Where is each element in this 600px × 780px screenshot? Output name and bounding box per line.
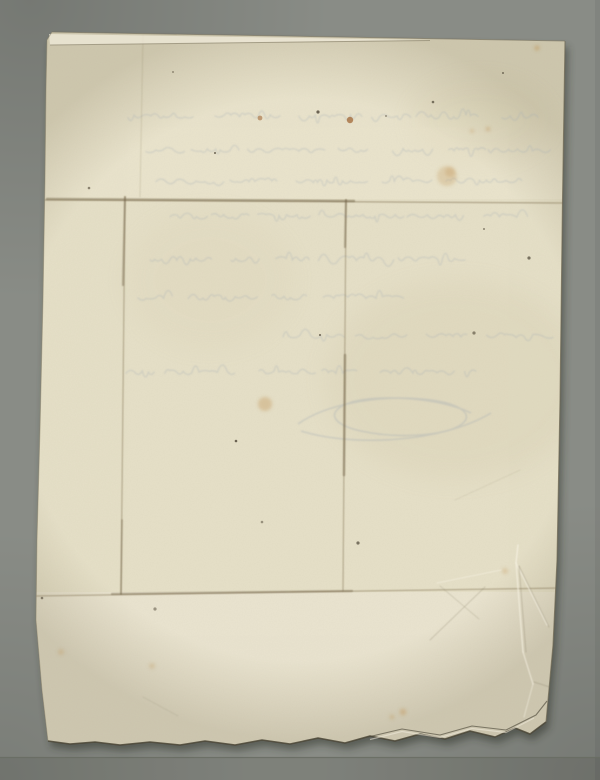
mat-right-strip — [595, 0, 600, 780]
paper-grain-texture — [36, 31, 566, 747]
photo-of-letter-verso — [0, 0, 600, 780]
mat-bottom-band — [0, 758, 600, 780]
letter-scene — [0, 0, 600, 780]
paper-surface — [36, 31, 585, 747]
